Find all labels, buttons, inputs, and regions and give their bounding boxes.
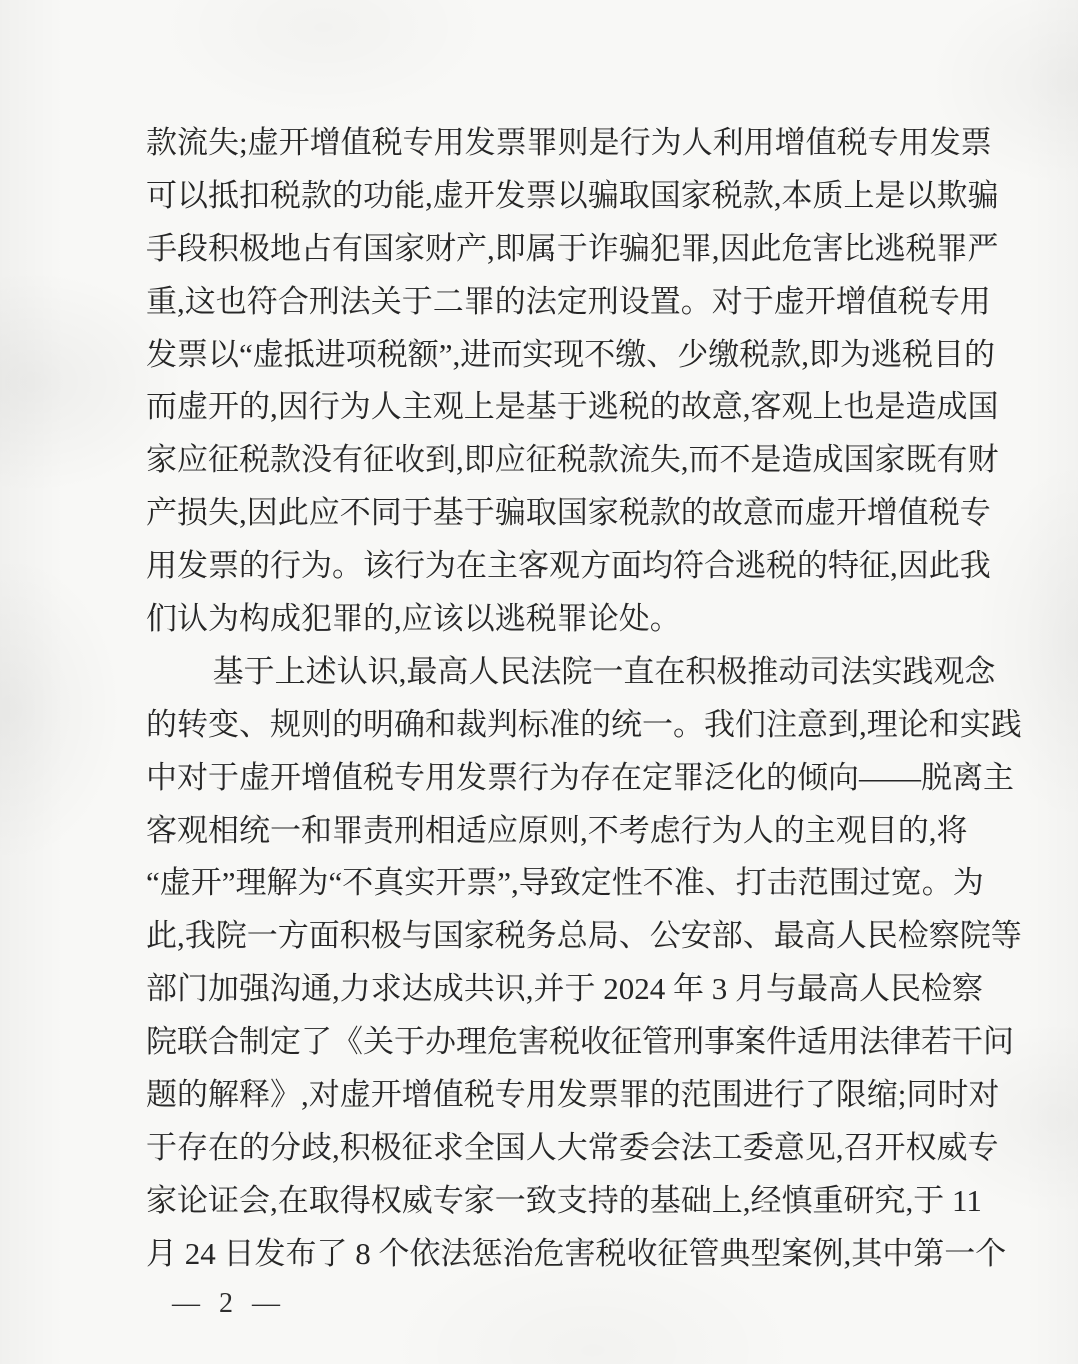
text-line: 家应征税款没有征收到,即应征税款流失,而不是造成国家既有财	[146, 434, 936, 487]
text-line: 的转变、规则的明确和裁判标准的统一。我们注意到,理论和实践	[146, 699, 936, 752]
document-page: 款流失;虚开增值税专用发票罪则是行为人利用增值税专用发票 可以抵扣税款的功能,虚…	[0, 0, 1078, 1364]
text-line: 此,我院一方面积极与国家税务总局、公安部、最高人民检察院等	[146, 910, 936, 963]
paragraph-1: 款流失;虚开增值税专用发票罪则是行为人利用增值税专用发票 可以抵扣税款的功能,虚…	[146, 117, 936, 646]
text-line: 部门加强沟通,力求达成共识,并于 2024 年 3 月与最高人民检察	[146, 963, 936, 1016]
text-line: 而虚开的,因行为人主观上是基于逃税的故意,客观上也是造成国	[146, 381, 936, 434]
text-line: 们认为构成犯罪的,应该以逃税罪论处。	[146, 593, 936, 646]
text-line: 题的解释》,对虚开增值税专用发票罪的范围进行了限缩;同时对	[146, 1069, 936, 1122]
text-line: 发票以“虚抵进项税额”,进而实现不缴、少缴税款,即为逃税目的	[146, 329, 936, 382]
text-line: 基于上述认识,最高人民法院一直在积极推动司法实践观念	[146, 646, 936, 699]
text-line: 家论证会,在取得权威专家一致支持的基础上,经慎重研究,于 11	[146, 1175, 936, 1228]
text-line: 手段积极地占有国家财产,即属于诈骗犯罪,因此危害比逃税罪严	[146, 223, 936, 276]
text-line: 客观相统一和罪责刑相适应原则,不考虑行为人的主观目的,将	[146, 805, 936, 858]
text-line: “虚开”理解为“不真实开票”,导致定性不准、打击范围过宽。为	[146, 857, 936, 910]
paragraph-2: 基于上述认识,最高人民法院一直在积极推动司法实践观念 的转变、规则的明确和裁判标…	[146, 646, 936, 1281]
text-line: 用发票的行为。该行为在主客观方面均符合逃税的特征,因此我	[146, 540, 936, 593]
text-line: 产损失,因此应不同于基于骗取国家税款的故意而虚开增值税专	[146, 487, 936, 540]
text-line: 院联合制定了《关于办理危害税收征管刑事案件适用法律若干问	[146, 1016, 936, 1069]
text-line: 中对于虚开增值税专用发票行为存在定罪泛化的倾向——脱离主	[146, 752, 936, 805]
page-footer: — 2 —	[172, 1288, 286, 1320]
text-line: 重,这也符合刑法关于二罪的法定刑设置。对于虚开增值税专用	[146, 276, 936, 329]
page-number: — 2 —	[172, 1288, 286, 1319]
document-body: 款流失;虚开增值税专用发票罪则是行为人利用增值税专用发票 可以抵扣税款的功能,虚…	[146, 117, 936, 1281]
text-line: 款流失;虚开增值税专用发票罪则是行为人利用增值税专用发票	[146, 117, 936, 170]
text-line: 于存在的分歧,积极征求全国人大常委会法工委意见,召开权威专	[146, 1122, 936, 1175]
text-line: 月 24 日发布了 8 个依法惩治危害税收征管典型案例,其中第一个	[146, 1228, 936, 1281]
text-line: 可以抵扣税款的功能,虚开发票以骗取国家税款,本质上是以欺骗	[146, 170, 936, 223]
